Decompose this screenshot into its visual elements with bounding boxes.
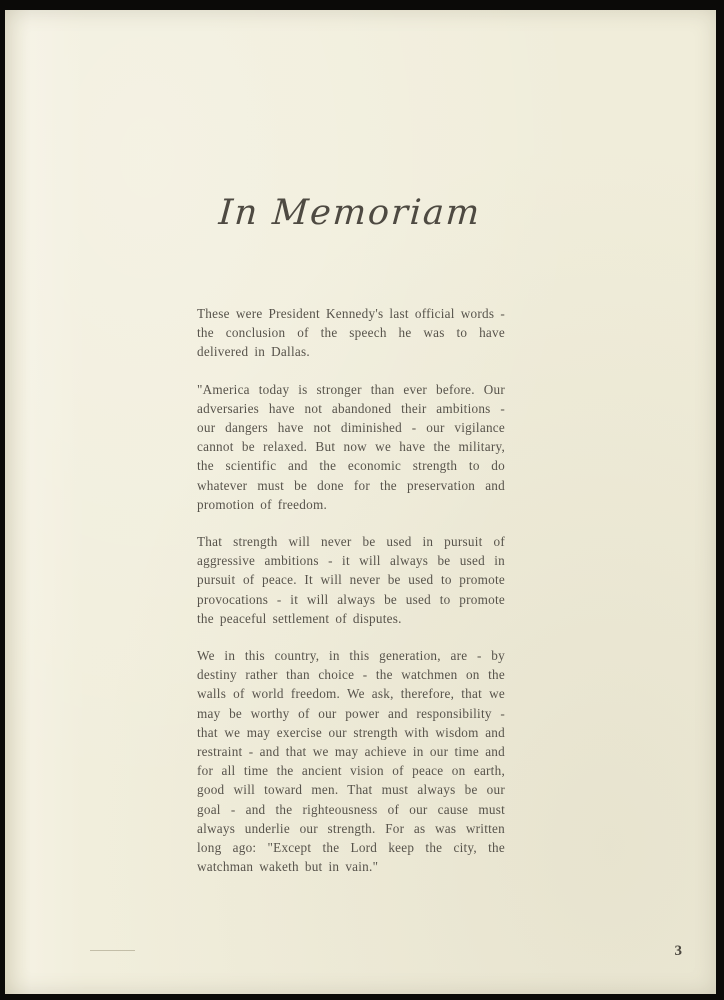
memorial-text-block: These were President Kennedy's last offi…	[197, 304, 505, 876]
scan-scratch-mark	[90, 950, 135, 951]
scanned-page: In Memoriam These were President Kennedy…	[0, 0, 724, 1000]
paragraph-intro: These were President Kennedy's last offi…	[197, 304, 505, 362]
paragraph-speech-2: That strength will never be used in purs…	[197, 532, 505, 628]
paragraph-speech-3: We in this country, in this generation, …	[197, 646, 505, 876]
paper-page: In Memoriam These were President Kennedy…	[5, 10, 716, 994]
paragraph-speech-1: "America today is stronger than ever bef…	[197, 380, 505, 514]
page-number: 3	[675, 943, 683, 960]
page-title: In Memoriam	[196, 193, 505, 233]
